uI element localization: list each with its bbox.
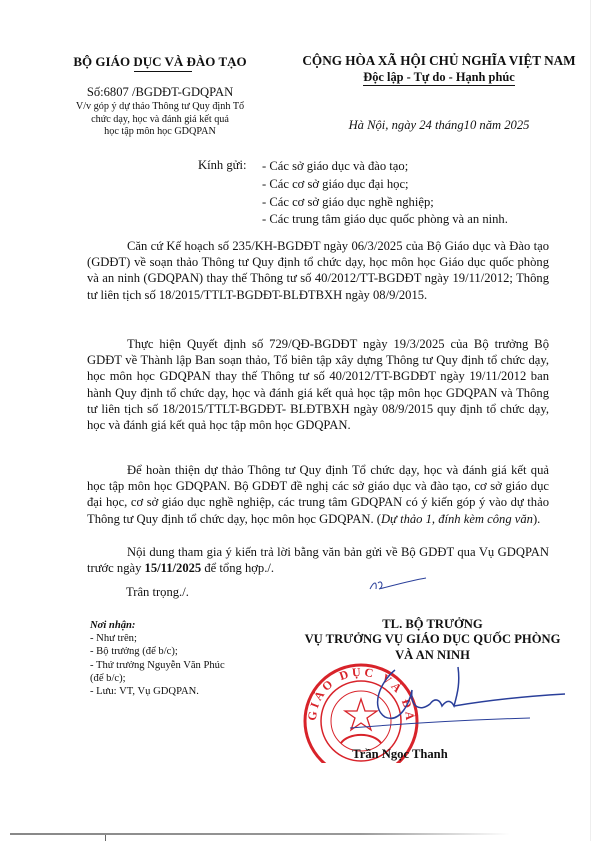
national-motto: Độc lập - Tự do - Hạnh phúc: [283, 70, 595, 85]
page-bottom-tick: [105, 835, 106, 841]
signature-title-line-2: VỤ TRƯỞNG VỤ GIÁO DỤC QUỐC PHÒNG: [270, 632, 595, 647]
organization-name: BỘ GIÁO DỤC VÀ ĐÀO TẠO: [60, 54, 260, 70]
date-line: Hà Nội, ngày 24 tháng10 năm 2025: [283, 118, 595, 133]
distribution-item: - Như trên;: [90, 632, 225, 645]
distribution-item: - Bộ trưởng (để b/c);: [90, 645, 225, 658]
deadline-date: 15/11/2025: [145, 561, 202, 575]
distribution-item: - Thứ trưởng Nguyễn Văn Phúc: [90, 659, 225, 672]
body-paragraph-1: Căn cứ Kế hoạch số 235/KH-BGDĐT ngày 06/…: [87, 238, 549, 303]
page-right-edge: [590, 0, 591, 841]
recipient-item: - Các cơ sở giáo dục nghề nghiệp;: [262, 194, 508, 212]
signer-name: Trần Ngọc Thanh: [300, 747, 500, 762]
recipient-item: - Các trung tâm giáo dục quốc phòng và a…: [262, 211, 508, 229]
closing-phrase: Trân trọng./.: [126, 585, 189, 600]
body-paragraph-4: Nội dung tham gia ý kiến trả lời bằng vă…: [87, 544, 549, 576]
subject-line: chức dạy, học và đánh giá kết quả: [60, 114, 260, 127]
distribution-item: - Lưu: VT, Vụ GDQPAN.: [90, 685, 225, 698]
recipient-item: - Các sở giáo dục và đào tạo;: [262, 158, 508, 176]
body-paragraph-3: Để hoàn thiện dự thảo Thông tư Quy định …: [87, 462, 549, 527]
signature-title-line-1: TL. BỘ TRƯỞNG: [270, 617, 595, 632]
subject-line: V/v góp ý dự thảo Thông tư Quy định Tổ: [60, 101, 260, 114]
recipients-label: Kính gửi:: [198, 158, 246, 173]
distribution-title: Nơi nhận:: [90, 619, 225, 632]
distribution-list: Nơi nhận: - Như trên; - Bộ trưởng (để b/…: [90, 619, 225, 698]
subject-line: học tập môn học GDQPAN: [60, 126, 260, 139]
document-subject: V/v góp ý dự thảo Thông tư Quy định Tổ c…: [60, 101, 260, 139]
distribution-item: (để b/c);: [90, 672, 225, 685]
recipients-list: - Các sở giáo dục và đào tạo; - Các cơ s…: [262, 158, 508, 229]
body-paragraph-2: Thực hiện Quyết định số 729/QĐ-BGDĐT ngà…: [87, 336, 549, 433]
country-name: CỘNG HÒA XÃ HỘI CHỦ NGHĨA VIỆT NAM: [283, 53, 595, 69]
organization-underline: [134, 71, 192, 72]
handwritten-initial-mark: [368, 577, 428, 593]
document-number: Số:6807 /BGDĐT-GDQPAN: [60, 85, 260, 100]
paragraph-4-end: để tổng hợp./.: [201, 561, 274, 575]
handwritten-signature: [340, 662, 570, 732]
paragraph-3-end: ).: [533, 512, 540, 526]
signature-title-line-3: VÀ AN NINH: [270, 648, 595, 663]
motto-text: Độc lập - Tự do - Hạnh phúc: [363, 70, 514, 86]
page-bottom-edge: [10, 833, 510, 835]
recipient-item: - Các cơ sở giáo dục đại học;: [262, 176, 508, 194]
attachment-note: Dự thảo 1, đính kèm công văn: [381, 512, 533, 526]
